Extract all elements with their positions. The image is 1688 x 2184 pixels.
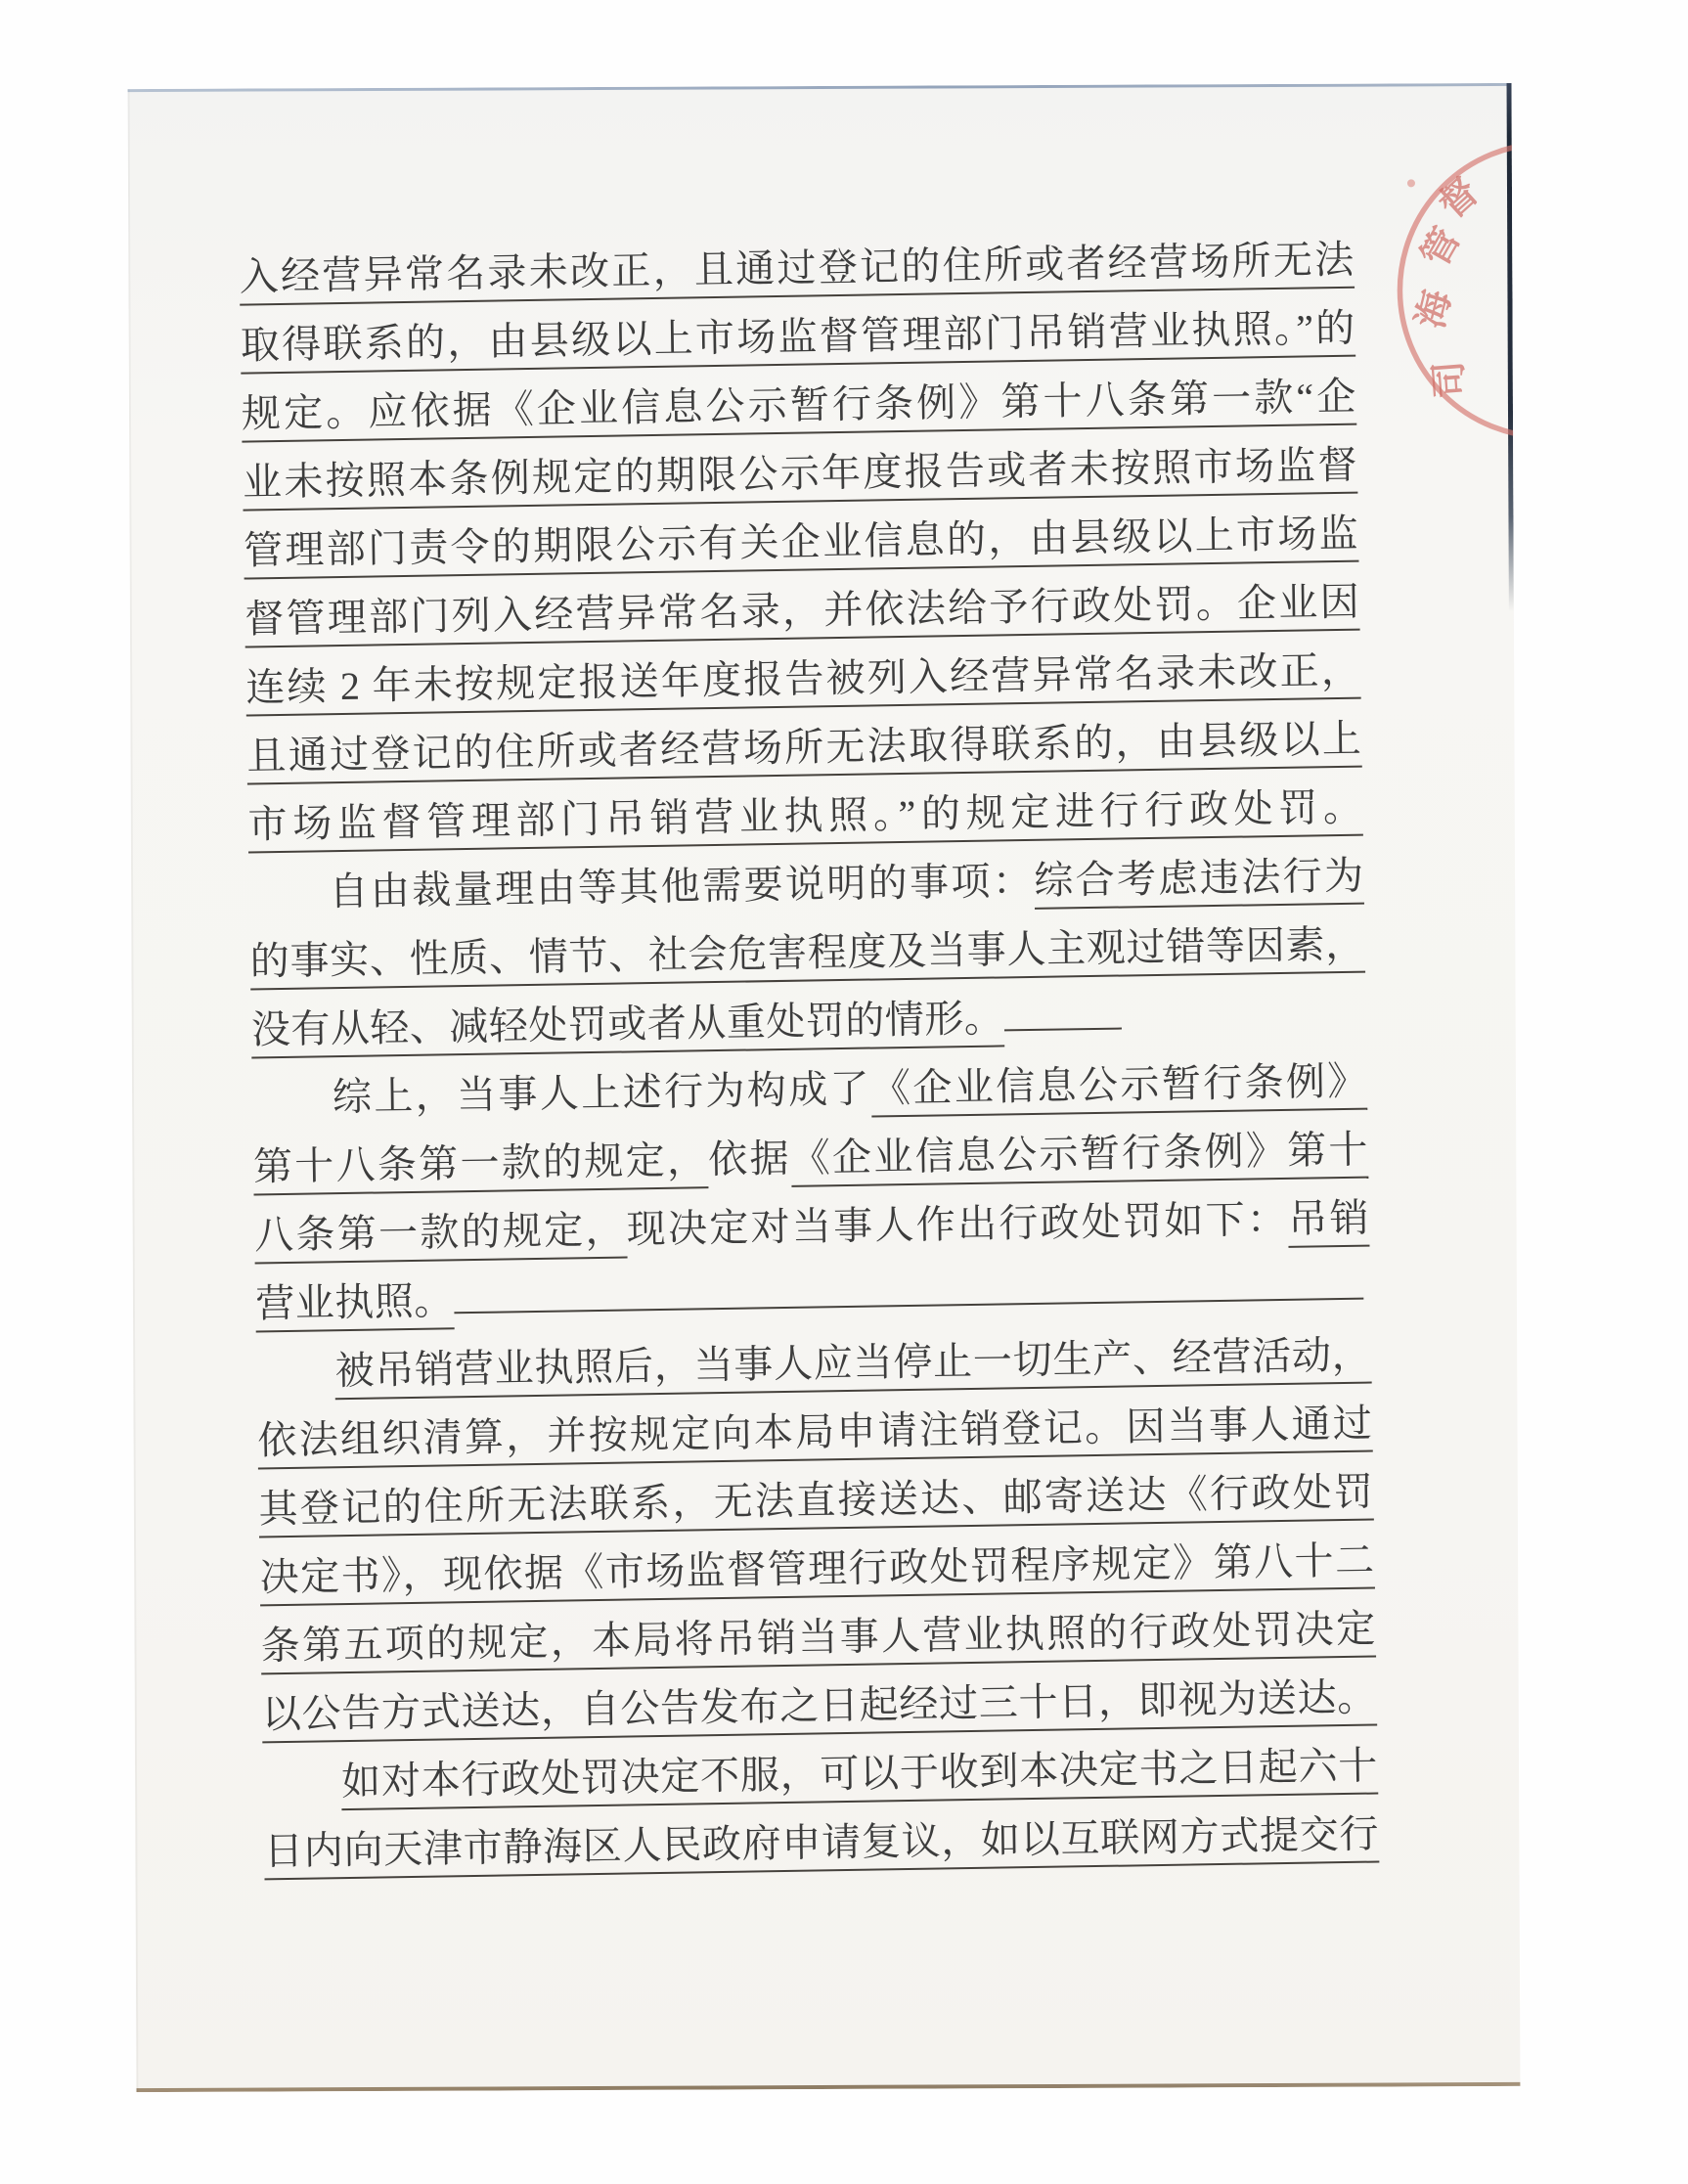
- stamp-ink-dot: [1407, 179, 1415, 187]
- underlined-text-segment: 依法组织清算，并按规定向本局申请注销登记。因当事人通过: [257, 1402, 1373, 1470]
- document-text: 入经营异常名录未改正，且通过登记的住所或者经营场所无法取得联系的，由县级以上市场…: [239, 226, 1379, 1887]
- stamp-character: 海: [1410, 287, 1459, 333]
- paper-top-edge: [128, 83, 1512, 92]
- paper-bottom-edge: [136, 2082, 1520, 2092]
- plain-text-segment: 综上，当事人上述行为构成了: [331, 1067, 872, 1120]
- underlined-text-segment: 决定书》，现依据《市场监督管理行政处罚程序规定》第八十二: [259, 1538, 1375, 1607]
- paragraph-indent: [257, 1383, 335, 1385]
- paragraph-indent: [249, 904, 328, 906]
- underlined-text-segment: 其登记的住所无法联系，无法直接送达、邮寄送达《行政处罚: [258, 1470, 1374, 1538]
- underlined-text-segment: 《企业信息公示暂行条例》第十: [790, 1128, 1368, 1187]
- stamp-character: 管: [1414, 221, 1468, 274]
- paper-left-edge: [128, 89, 139, 2092]
- underlined-text-segment: 督管理部门列入经营异常名录，并依法给予行政处罚。企业因: [244, 580, 1360, 648]
- plain-text-segment: 依据: [708, 1137, 791, 1181]
- underlined-text-segment: 规定。应依据《企业信息公示暂行条例》第十八条第一款“企: [242, 375, 1357, 443]
- underlined-text-segment: 以公告方式送达，自公告发布之日起经过三十日，即视为送达。: [262, 1675, 1378, 1744]
- underlined-text-segment: 八条第一款的规定，: [254, 1208, 627, 1265]
- plain-text-segment: 现决定对当事人作出行政处罚如下：: [626, 1197, 1288, 1252]
- paper-sheet: 督 管 海 司 入经营异常名录未改正，且通过登记的住所或者经营场所无法取得联系的…: [128, 83, 1521, 2092]
- official-red-stamp-icon: 督 管 海 司: [1331, 103, 1521, 534]
- underlined-text-segment: 且通过登记的住所或者经营场所无法取得联系的，由县级以上: [246, 717, 1362, 785]
- underlined-text-segment: 综合考虑违法行为: [1034, 854, 1364, 910]
- underlined-text-segment: 取得联系的，由县级以上市场监督管理部门吊销营业执照。”的: [241, 306, 1356, 375]
- underlined-text-segment: 的事实、性质、情节、社会危害程度及当事人主观过错等因素，: [249, 922, 1365, 991]
- scanned-page-view: 督 管 海 司 入经营异常名录未改正，且通过登记的住所或者经营场所无法取得联系的…: [0, 0, 1688, 2184]
- paragraph-indent: [252, 1109, 331, 1111]
- underlined-text-segment: 业未按照本条例规定的期限公示年度报告或者未按照市场监督: [243, 443, 1358, 512]
- underlined-text-segment: 入经营异常名录未改正，且通过登记的住所或者经营场所无法: [239, 238, 1355, 306]
- underlined-text-segment: 市场监督管理部门吊销营业执照。”的规定进行行政处罚。: [247, 785, 1363, 854]
- underlined-text-segment: 条第五项的规定，本局将吊销当事人营业执照的行政处罚决定: [260, 1607, 1376, 1675]
- plain-text-segment: 自由裁量理由等其他需要说明的事项：: [327, 859, 1034, 914]
- underlined-text-segment: 营业执照。: [255, 1278, 454, 1332]
- trailing-underline-rule: [1003, 984, 1122, 1032]
- underlined-text-segment: 如对本行政处罚决定不服，可以于收到本决定书之日起六十: [341, 1744, 1379, 1811]
- paragraph-indent: [263, 1794, 341, 1796]
- underlined-text-segment: 被吊销营业执照后，当事人应当停止一切生产、经营活动，: [334, 1333, 1372, 1401]
- underlined-text-segment: 第十八条第一款的规定，: [253, 1137, 709, 1195]
- underlined-text-segment: 管理部门责令的期限公示有关企业信息的，由县级以上市场监: [244, 512, 1359, 580]
- underlined-text-segment: 连续 2 年未按规定报送年度报告被列入经营异常名录未改正，: [245, 648, 1361, 717]
- underlined-text-segment: 吊销: [1288, 1196, 1370, 1248]
- underlined-text-segment: 《企业信息公示暂行条例》: [871, 1059, 1368, 1118]
- underlined-text-segment: 日内向天津市静海区人民政府申请复议，如以互联网方式提交行: [264, 1811, 1380, 1880]
- stamp-character: 督: [1432, 171, 1487, 227]
- stamp-character: 司: [1429, 360, 1473, 400]
- underlined-text-segment: 没有从轻、减轻处罚或者从重处罚的情形。: [251, 996, 1004, 1058]
